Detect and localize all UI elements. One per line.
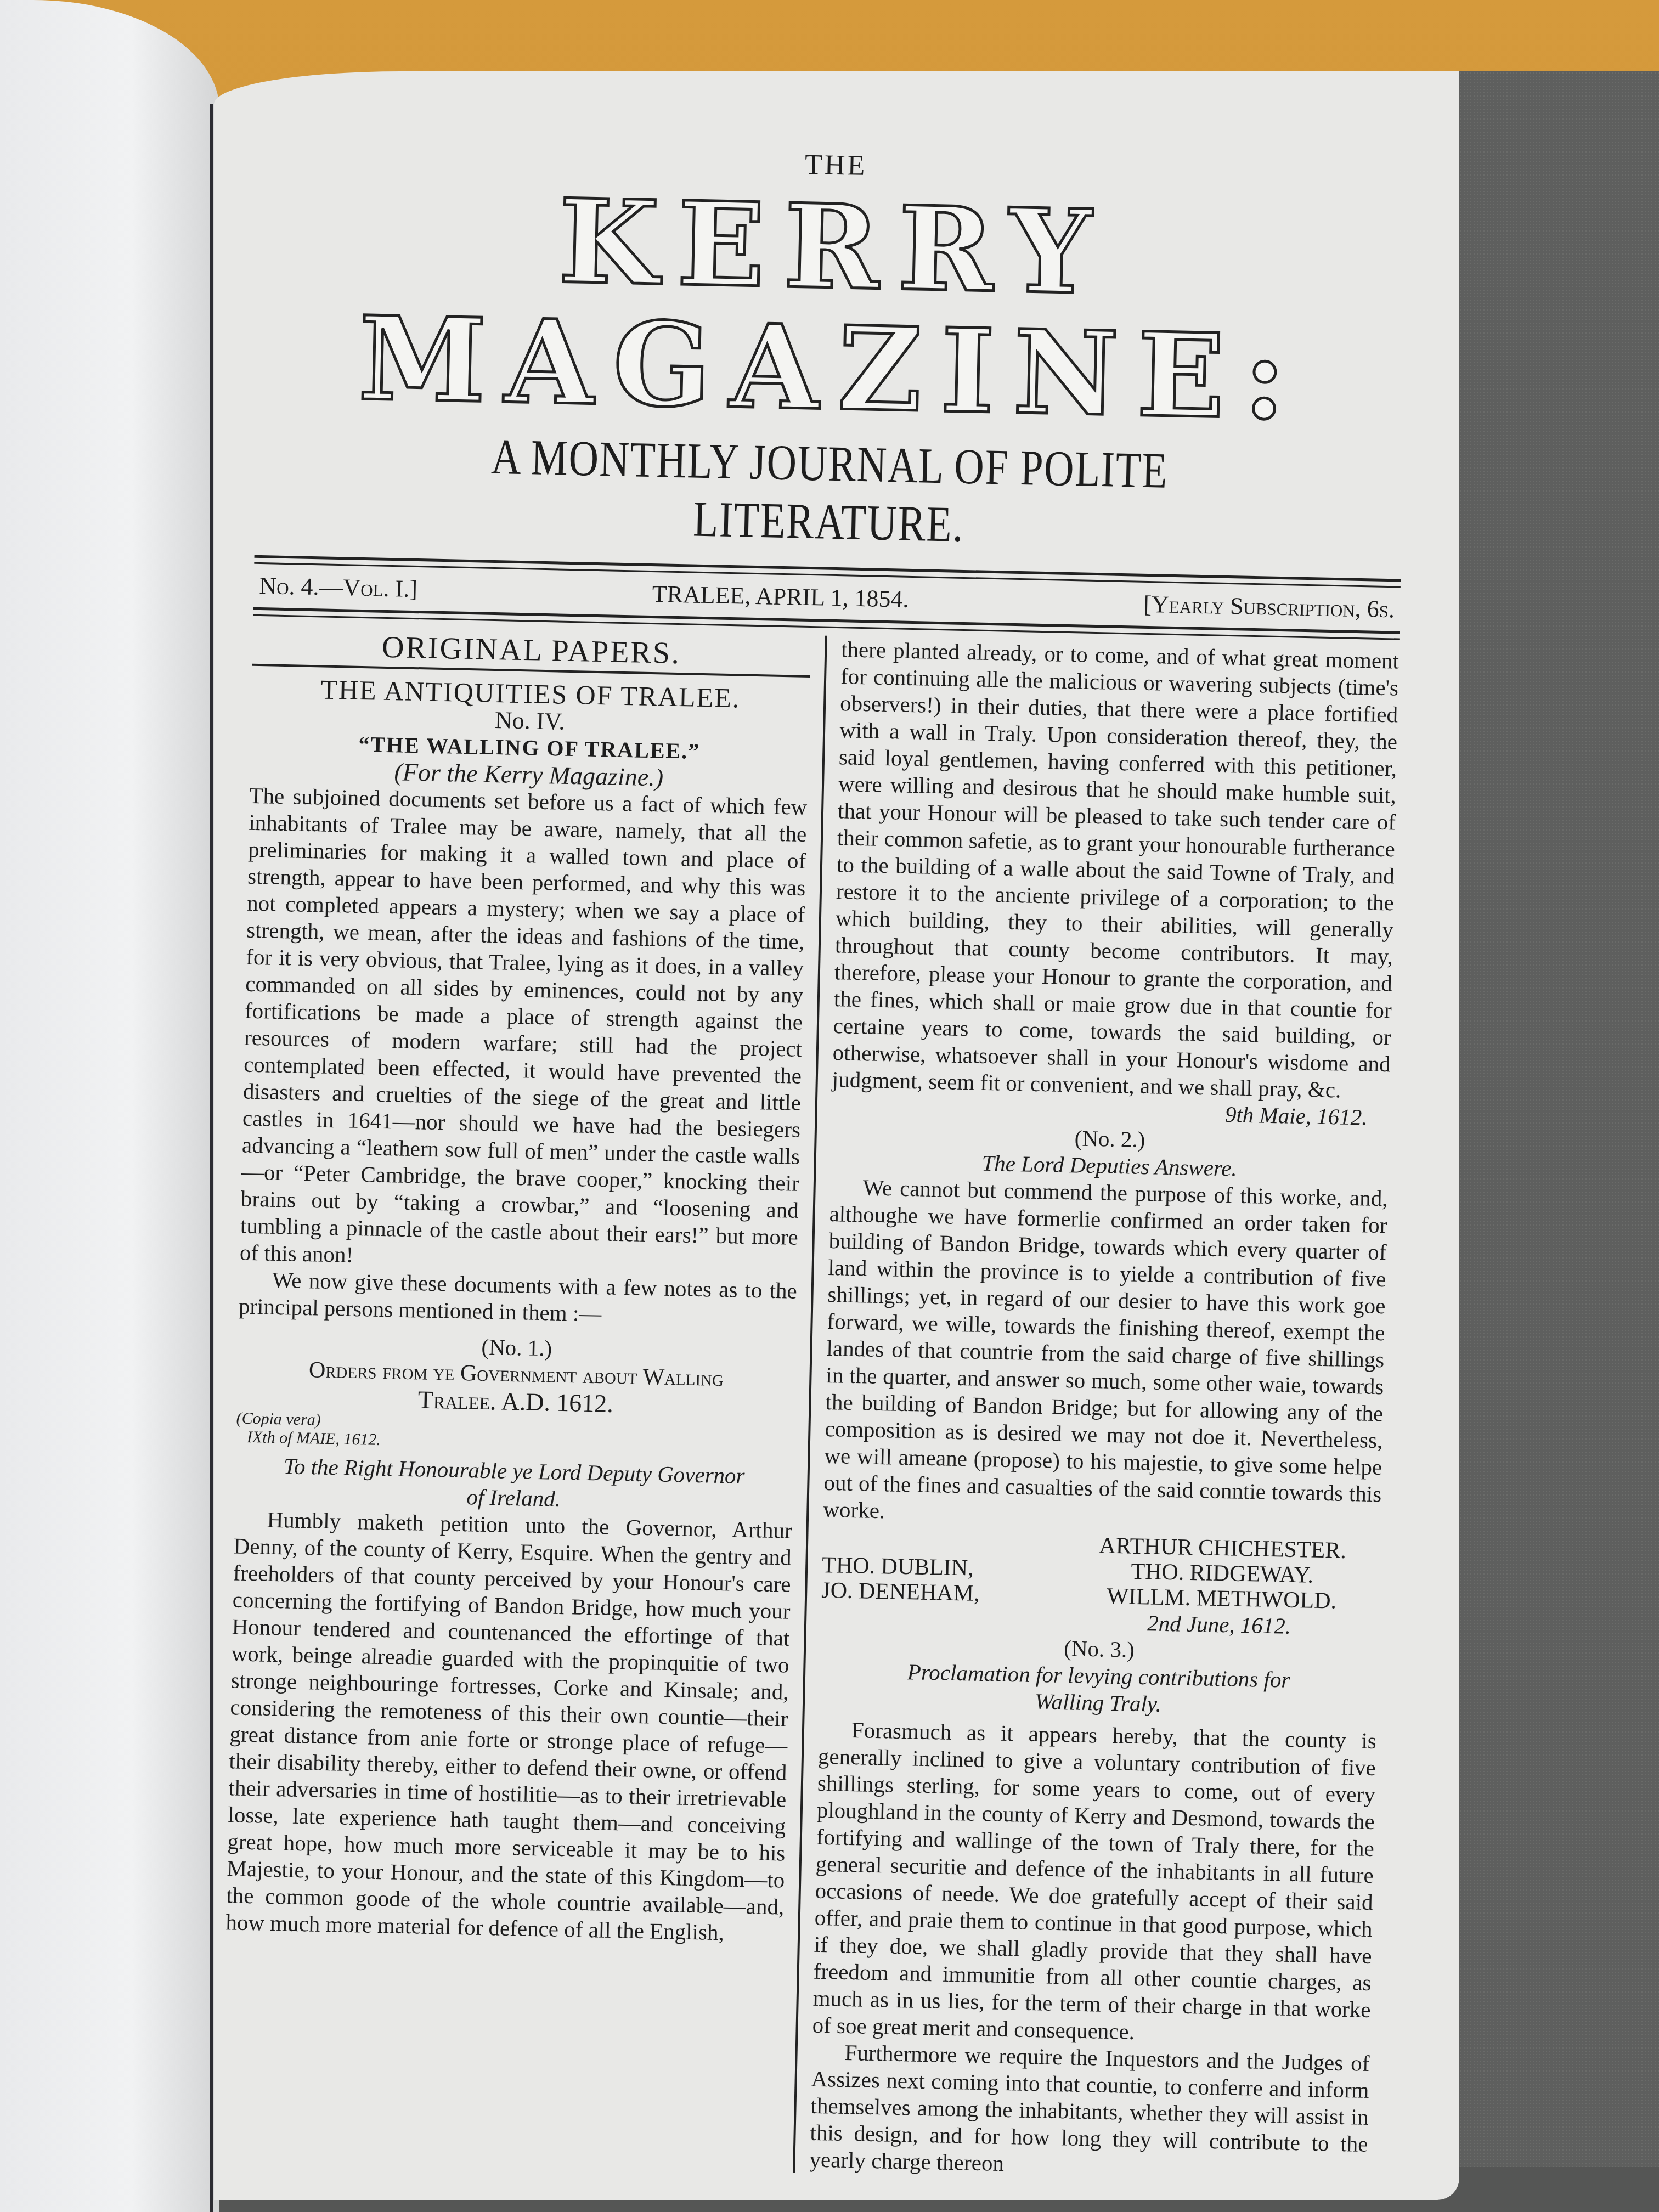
right-column: there planted already, or to come, and o… <box>793 636 1399 2185</box>
book-cover <box>1426 71 1659 2212</box>
paragraph: Humbly maketh petition unto the Governor… <box>225 1505 792 1947</box>
subscription-price: [Yearly Subscription, 6s. <box>1143 590 1395 624</box>
paragraph: The subjoined documents set before us a … <box>239 782 807 1278</box>
paragraph: Forasmuch as it appears hereby, that the… <box>812 1716 1376 2050</box>
paragraph: We now give these documents with a few n… <box>238 1266 797 1331</box>
left-page <box>0 0 219 2212</box>
paragraph: We cannot but commend the purpose of thi… <box>823 1173 1388 1534</box>
book-gutter <box>210 104 213 2212</box>
left-column: ORIGINAL PAPERS. THE ANTIQUITIES OF TRAL… <box>221 624 825 2172</box>
paragraph: there planted already, or to come, and o… <box>832 636 1399 1104</box>
paragraph: Furthermore we require the Inquestors an… <box>809 2039 1370 2185</box>
issue-number: No. 4.—Vol. I.] <box>259 572 418 603</box>
masthead-title: KERRY MAGAZINE: <box>257 175 1409 441</box>
columns: ORIGINAL PAPERS. THE ANTIQUITIES OF TRAL… <box>221 624 1399 2185</box>
section-heading: ORIGINAL PAPERS. <box>252 631 811 670</box>
masthead-subtitle: A MONTHLY JOURNAL OF POLITE LITERATURE. <box>358 425 1300 561</box>
magazine-page: THE KERRY MAGAZINE: A MONTHLY JOURNAL OF… <box>214 71 1459 2200</box>
dateline: TRALEE, APRIL 1, 1854. <box>652 580 909 613</box>
signatories: ARTHUR CHICHESTER. THO. DUBLIN, THO. RID… <box>821 1527 1381 1615</box>
page-content: THE KERRY MAGAZINE: A MONTHLY JOURNAL OF… <box>221 126 1409 2185</box>
signatory: JO. DENEHAM, <box>821 1578 1064 1608</box>
